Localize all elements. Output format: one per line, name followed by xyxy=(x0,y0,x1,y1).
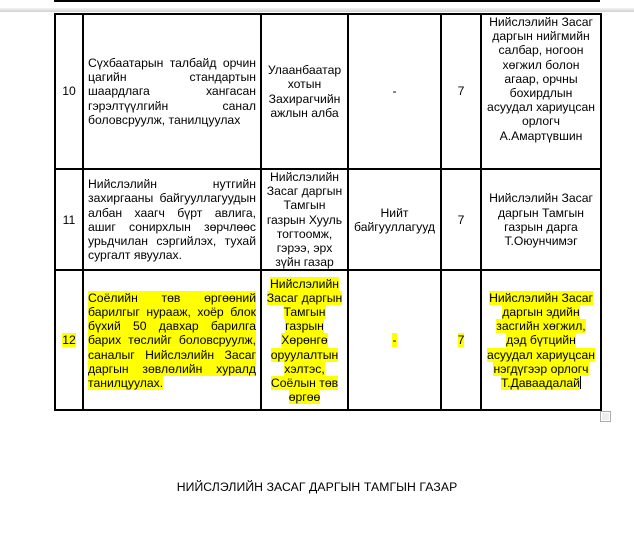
supervisor-cell[interactable]: Нийслэлийн Засаг даргын эдийн засгийн хө… xyxy=(481,270,601,410)
action-plan-table: 10 Сүхбаатарын талбайд орчин цагийн стан… xyxy=(54,13,602,411)
participants-cell[interactable]: - xyxy=(348,14,441,169)
term-cell[interactable]: 7 xyxy=(441,14,481,169)
row-number-cell[interactable]: 12 xyxy=(55,270,83,410)
table-resize-handle[interactable] xyxy=(600,411,611,422)
term-cell[interactable]: 7 xyxy=(441,270,481,410)
row-number: 12 xyxy=(62,333,76,347)
responsible-text: Нийслэлийн Засаг даргын Тамгын газрын Хө… xyxy=(267,277,342,405)
previous-page-bottom-border xyxy=(54,0,600,2)
table-row-highlighted: 12 Соёлийн төв өргөөний барилгыг нурааж,… xyxy=(55,270,601,410)
responsible-cell[interactable]: Нийслэлийн Засаг даргын Тамгын газрын Хө… xyxy=(261,270,348,410)
task-text: Сүхбаатарын талбайд орчин цагийн стандар… xyxy=(88,56,256,127)
text-cursor xyxy=(580,376,581,389)
task-cell[interactable]: Соёлийн төв өргөөний барилгыг нурааж, хо… xyxy=(83,270,261,410)
task-text: Соёлийн төв өргөөний барилгыг нурааж, хо… xyxy=(88,291,256,390)
row-number-cell[interactable]: 11 xyxy=(55,169,83,270)
participants-text: - xyxy=(392,333,396,347)
supervisor-text: Нийслэлийн Засаг даргын нийгмийн салбар,… xyxy=(487,15,595,143)
term-text: 7 xyxy=(458,213,465,227)
row-number: 10 xyxy=(62,84,76,98)
row-number: 11 xyxy=(63,213,76,227)
supervisor-text: Нийслэлийн Засаг даргын эдийн засгийн хө… xyxy=(487,291,595,390)
responsible-cell[interactable]: Нийслэлийн Засаг даргын Тамгын газрын Ху… xyxy=(261,169,348,270)
supervisor-text: Нийслэлийн Засаг даргын Тамгын газрын да… xyxy=(489,191,593,248)
term-text: 7 xyxy=(458,333,465,347)
term-cell[interactable]: 7 xyxy=(441,169,481,270)
supervisor-cell[interactable]: Нийслэлийн Засаг даргын нийгмийн салбар,… xyxy=(481,14,601,169)
participants-text: - xyxy=(392,84,396,98)
table-row: 10 Сүхбаатарын талбайд орчин цагийн стан… xyxy=(55,14,601,169)
responsible-text: Улаанбаатар хотын Захирагчийн ажлын алба xyxy=(268,63,341,120)
footer-organization-title: НИЙСЛЭЛИЙН ЗАСАГ ДАРГЫН ТАМГЫН ГАЗАР xyxy=(0,480,634,494)
participants-text: Нийт байгууллагууд xyxy=(354,206,435,234)
task-text: Нийслэлийн нутгийн захиргааны байгууллаг… xyxy=(88,177,256,262)
responsible-cell[interactable]: Улаанбаатар хотын Захирагчийн ажлын алба xyxy=(261,14,348,169)
task-cell[interactable]: Нийслэлийн нутгийн захиргааны байгууллаг… xyxy=(83,169,261,270)
term-text: 7 xyxy=(458,84,465,98)
task-cell[interactable]: Сүхбаатарын талбайд орчин цагийн стандар… xyxy=(83,14,261,169)
responsible-text: Нийслэлийн Засаг даргын Тамгын газрын Ху… xyxy=(267,170,342,269)
row-number-cell[interactable]: 10 xyxy=(55,14,83,169)
participants-cell[interactable]: - xyxy=(348,270,441,410)
table-row: 11 Нийслэлийн нутгийн захиргааны байгуул… xyxy=(55,169,601,270)
supervisor-cell[interactable]: Нийслэлийн Засаг даргын Тамгын газрын да… xyxy=(481,169,601,270)
page-break-gap xyxy=(0,8,634,12)
participants-cell[interactable]: Нийт байгууллагууд xyxy=(348,169,441,270)
